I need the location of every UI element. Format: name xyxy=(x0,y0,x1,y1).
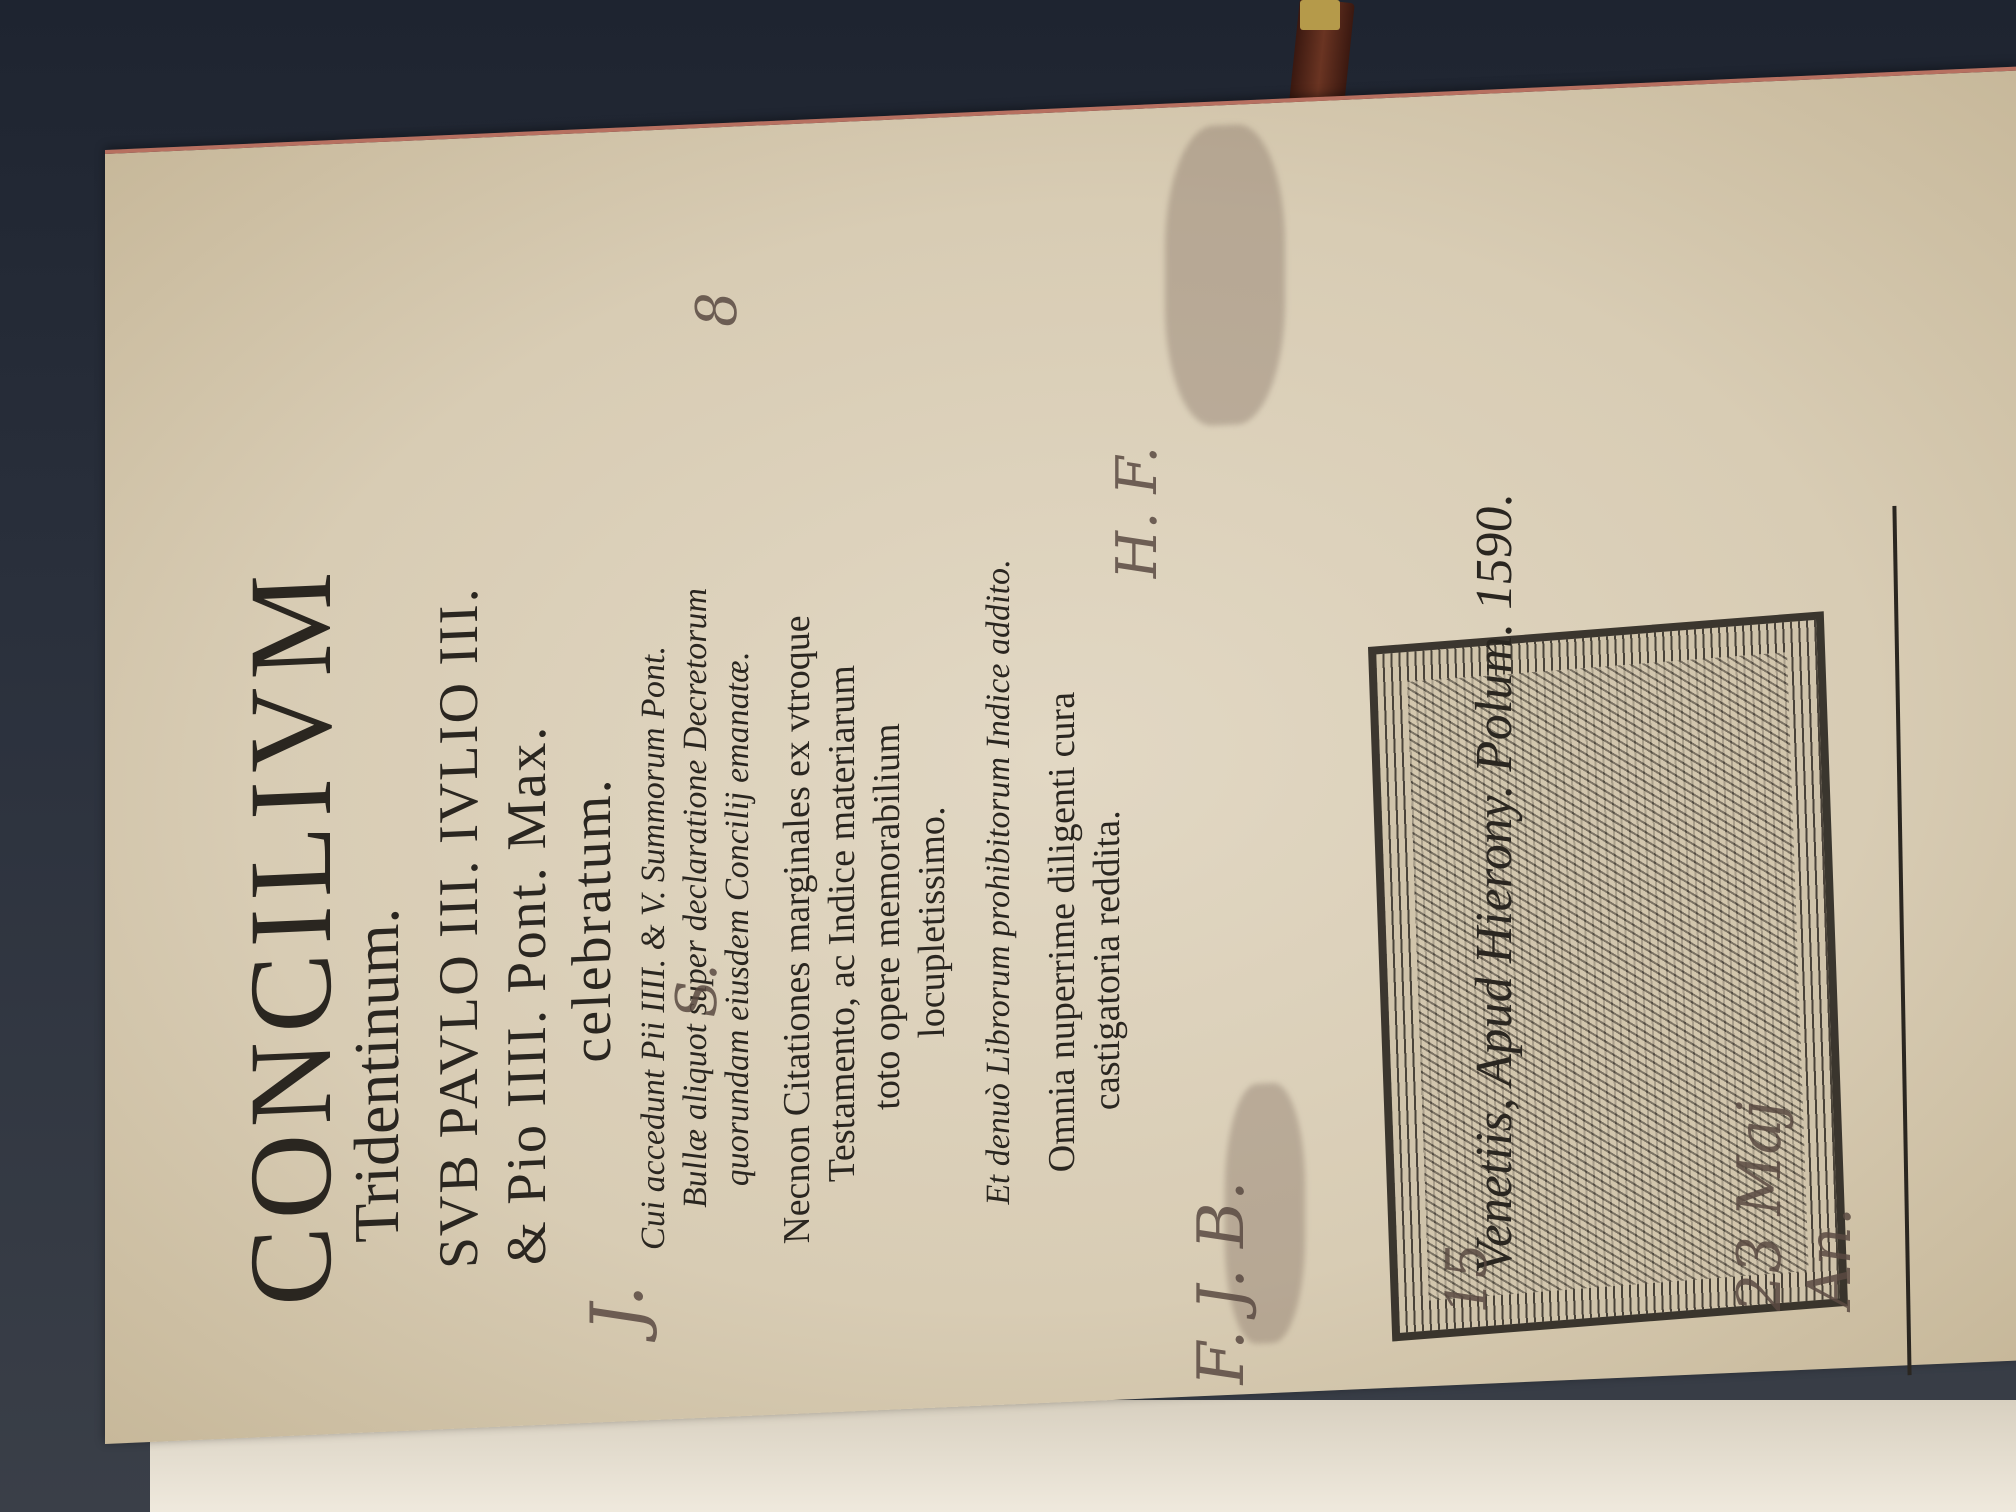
omnia-line-1: Omnia nuperrime diligenti cura xyxy=(1040,691,1084,1173)
omnia-line-2: castigatoria reddita. xyxy=(1085,810,1129,1112)
popes-line-2: & Pio IIII. Pont. Max. xyxy=(495,724,559,1267)
handwritten-mark-s: S. xyxy=(665,963,730,1020)
handwritten-date-note: 23 Maj An. xyxy=(1725,1016,1865,1313)
popes-line-1: SVB PAVLO III. IVLIO III. xyxy=(427,586,491,1270)
horizontal-rule xyxy=(1892,506,1911,1375)
handwritten-initials-fjb: F. J. B. xyxy=(1185,1180,1259,1387)
citations-line-1: Necnon Citationes marginales ex vtroque xyxy=(775,615,819,1245)
handwritten-initials-hf: H. F. xyxy=(1105,445,1170,580)
stain xyxy=(1165,122,1285,427)
citations-line-4: locupletissimo. xyxy=(910,806,954,1039)
book-subtitle: Tridentinum. xyxy=(340,907,414,1244)
book-title: CONCILIVM xyxy=(223,562,359,1309)
title-page: CONCILIVM Tridentinum. SVB PAVLO III. IV… xyxy=(105,67,2016,1444)
citations-line-3: toto opere memorabilium xyxy=(865,723,909,1111)
italic-line-2: Bullæ aliquot super declaratione Decreto… xyxy=(677,587,715,1209)
imprint-line: Venetiis, Apud Hierony. Polum. 1590. xyxy=(1465,492,1524,1275)
handwritten-mark-j: J. xyxy=(575,1284,659,1334)
italic-line-1: Cui accedunt Pii IIII. & V. Summorum Pon… xyxy=(635,645,673,1250)
italic-line-3: quorundam eiusdem Concilij emanatæ. xyxy=(719,651,757,1187)
celebratum-line: celebratum. xyxy=(560,777,624,1065)
handwritten-number-15: 15 xyxy=(1435,1242,1500,1316)
citations-line-2: Testamento, ac Indice materiarum xyxy=(820,664,864,1182)
brass-clasp xyxy=(1300,0,1340,30)
handwritten-mark-8: 8 xyxy=(685,290,750,328)
index-line: Et denuò Librorum prohibitorum Indice ad… xyxy=(980,559,1018,1206)
